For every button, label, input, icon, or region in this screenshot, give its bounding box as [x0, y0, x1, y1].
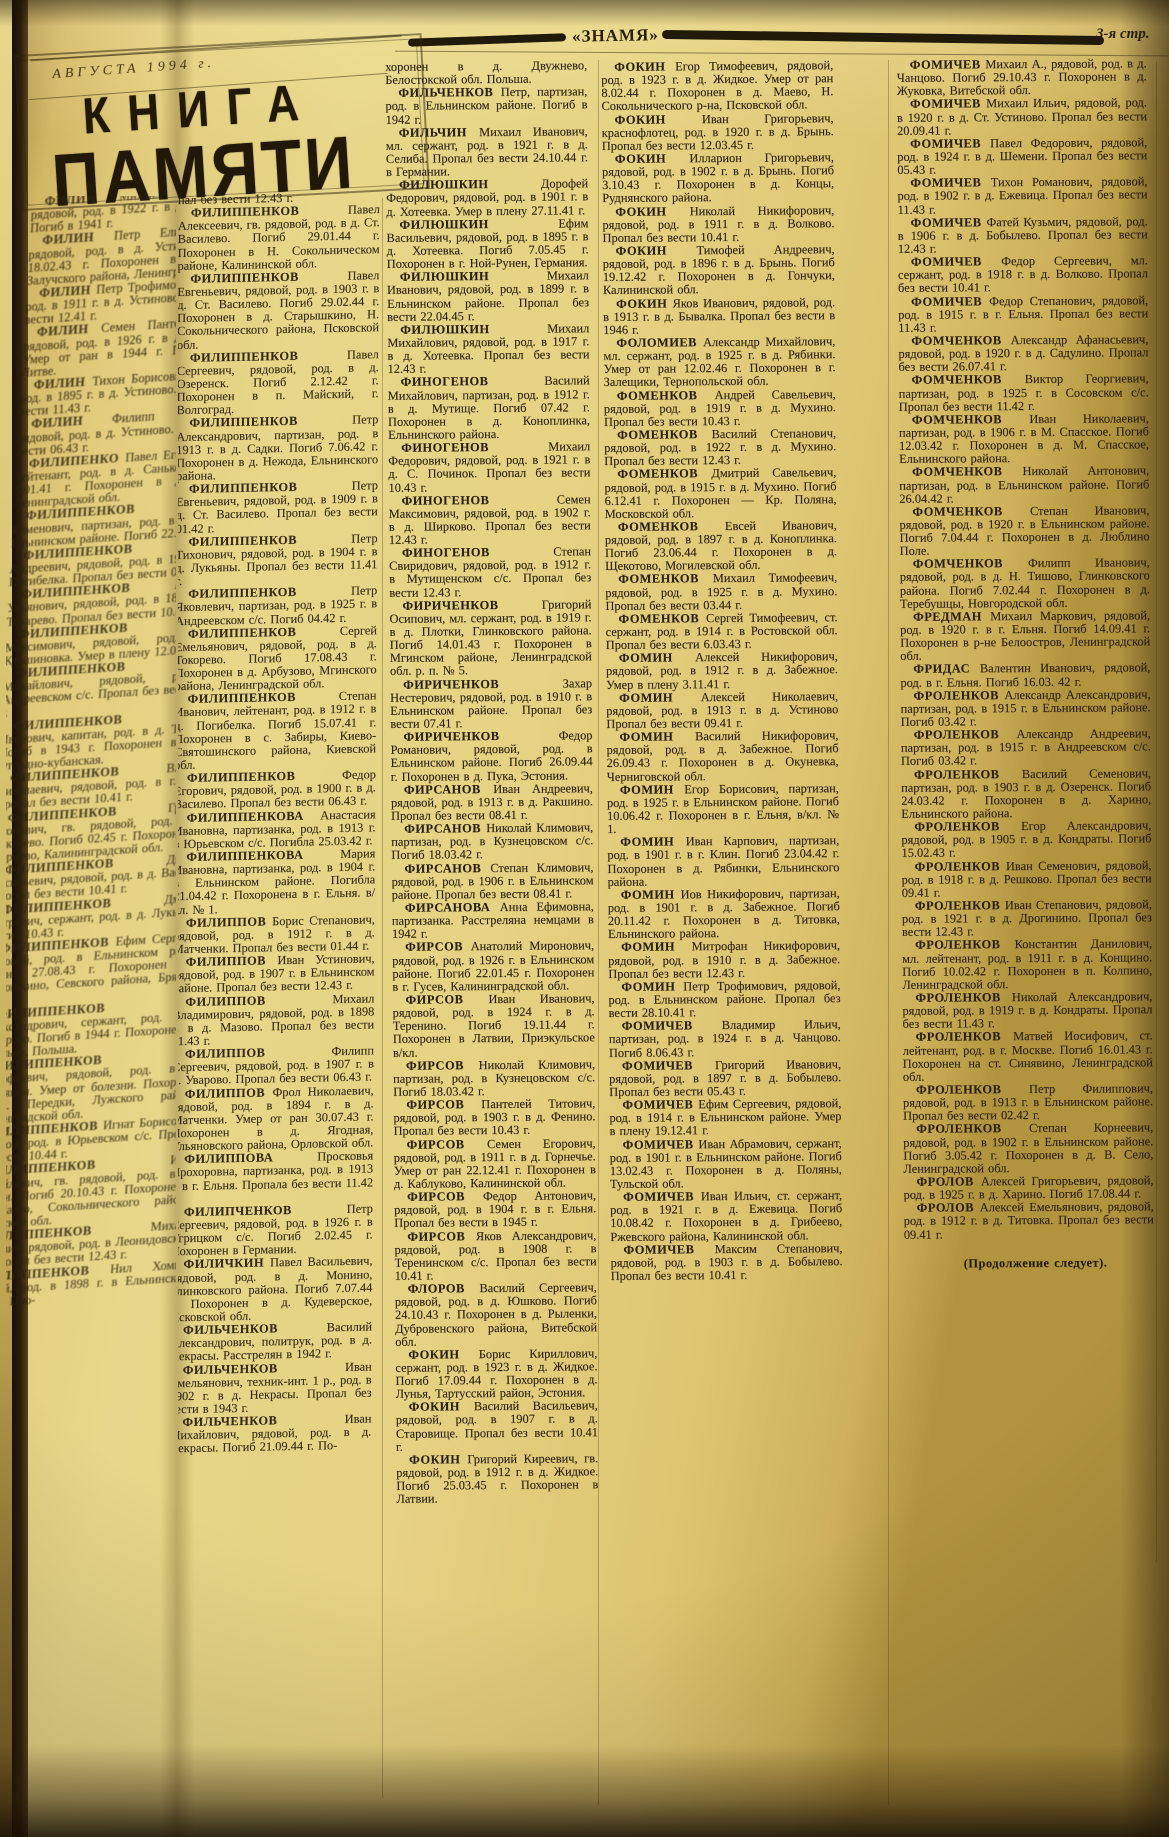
memorial-entry: ФИРИЧЕНКОВ Григорий Осипович, мл. сержан… [389, 598, 592, 678]
memorial-entry: ФОКИН Илларион Григорьевич, рядовой, род… [602, 151, 834, 205]
memorial-entry: ФИЛИППЕНКОВ Петр Александрович, партизан… [178, 414, 378, 484]
memorial-entry: ФИРСОВ Семен Егорович, рядовой, род. в 1… [394, 1137, 596, 1191]
memorial-entry: ФОМИН Егор Борисович, партизан, род. в 1… [607, 782, 839, 836]
memorial-entry: ФИЛИППОВ Михаил Владимирович, рядовой, р… [178, 992, 374, 1048]
memorial-entry: ФОМЕНКОВ Михаил Тимофеевич, рядовой, род… [605, 572, 837, 613]
memorial-entry: ФРОЛЕНКОВ Матвей Иосифович, ст. лейтенан… [903, 1030, 1153, 1084]
memorial-entry: ФОМИН Василий Никифорович, рядовой, род.… [606, 729, 838, 783]
memorial-entry: ФИЛИППОВА Просковья Прохоровна, партизан… [178, 1150, 373, 1206]
memorial-entry: ФОМЕНКОВ Евсей Иванович, рядовой, род. в… [605, 519, 837, 573]
memorial-entry: ФИРИЧЕНКОВ Федор Романович, рядовой, род… [390, 729, 592, 783]
memorial-entry: ФОЛОМИЕВ Александр Михайлович, мл. сержа… [603, 335, 835, 389]
memorial-entry: ФИЛИППЕНКОВ Нил Хомич, рядовой, род. в 1… [6, 1257, 176, 1310]
memorial-entry: ФОМИЧЕВ Фатей Кузьмич, рядовой, род. в 1… [898, 215, 1148, 256]
memorial-entry: ФРОЛЕНКОВ Петр Филиппович, рядовой, род.… [903, 1082, 1153, 1123]
memorial-entry: ФОКИН Иван Григорьевич, краснофлотец, ро… [602, 112, 834, 153]
memorial-entry: ФРОЛЕНКОВ Константин Данилович, мл. лейт… [902, 938, 1152, 992]
memorial-entry: ФОМЧЕНКОВ Иван Николаевич, партизан, род… [899, 412, 1149, 466]
memorial-entry: ФИЛЬЧЕНКОВ Василий Александрович, политр… [178, 1321, 372, 1364]
memorial-entry: ФОМИЧЕВ Павел Федорович, рядовой, род. в… [897, 136, 1147, 177]
memorial-entry: ФРОЛЕНКОВ Егор Александрович, рядовой, р… [901, 819, 1151, 860]
memorial-entry: ФРОЛЕНКОВ Николай Александрович, рядовой… [902, 990, 1152, 1031]
memorial-entry: ФРОЛЕНКОВ Иван Семенович, рядовой, род. … [902, 859, 1152, 900]
memorial-entry: ФИРСАНОВ Николай Климович, партизан, род… [391, 821, 593, 862]
memorial-entry: ФИЛИППЕНКОВА Мария Ивановна, партизанка,… [178, 847, 375, 917]
memorial-entry: ФОМИЧЕВ Федор Сергеевич, мл. сержант, ро… [898, 254, 1148, 295]
memorial-entry: ФРОЛЕНКОВ Александр Александрович, парти… [900, 688, 1150, 729]
memorial-entry: ФРИДАС Валентин Иванович, рядовой, род. … [900, 662, 1150, 690]
memorial-entry: ФОМИЧЕВ Федор Степанович, рядовой, род. … [898, 294, 1148, 335]
memorial-entry: ФИЛЬЧЕНКОВ Петр, партизан, род. в Ельнин… [385, 86, 587, 127]
memorial-column-2: пал без вести 12.43 г.ФИЛИППЕНКОВ Павел … [178, 192, 380, 1812]
memorial-entry: ФИЛЬЧЕНКОВ Иван Емельянович, техник-инт.… [178, 1360, 372, 1416]
memorial-entry: ФОКИН Григорий Киреевич, гв. рядовой, ро… [396, 1452, 598, 1506]
memorial-entry: ФИЛИППЕНКОВ Степан Иванович, лейтенант, … [178, 690, 376, 773]
memorial-entry: ФИЛИППЕНКОВ Петр Яковлевич, партизан, ро… [178, 584, 377, 627]
memorial-entry: ФИЛИППОВ Филипп Сергеевич, рядовой, род.… [178, 1044, 374, 1087]
column-divider [1156, 62, 1157, 1562]
memorial-entry: ФИРСАНОВ Иван Андреевич, рядовой, род. в… [391, 782, 593, 823]
column-divider [382, 198, 383, 1798]
memorial-entry: ФИЛИПЧЕНКОВ Петр Сергеевич, рядовой, род… [178, 1202, 373, 1258]
memorial-entry: ФИРИЧЕНКОВ Захар Нестерович, рядовой, ро… [390, 677, 592, 731]
memorial-entry: ФИРСАНОВА Анна Ефимовна, партизанка. Рас… [392, 900, 594, 941]
memorial-entry: ФОМИН Петр Трофимович, рядовой, род. в Е… [608, 979, 840, 1020]
memorial-entry: ФИРСОВ Федор Антонович, рядовой, род. в … [394, 1189, 596, 1230]
memorial-entry: ФОМИН Иов Никифорович, партизан, род. в … [608, 887, 840, 941]
memorial-entry: ФОКИН Василий Васильевич, рядовой, род. … [396, 1400, 598, 1454]
memorial-entry: ФОМИЧЕВ Иван Ильич, ст. сержант, род. в … [610, 1189, 842, 1243]
memorial-entry: ФРОЛОВ Алексей Емельянович, рядовой, род… [904, 1200, 1154, 1241]
memorial-entry: ФИЛИППОВ Иван Устинович, рядовой, род. в… [178, 952, 375, 995]
memorial-entry: ФРОЛЕНКОВ Иван Степанович, рядовой, род.… [902, 898, 1152, 939]
memorial-entry: ФИРСОВ Николай Климович, партизан, род. … [393, 1058, 595, 1099]
memorial-entry: ФОМИЧЕВ Тихон Романович, рядовой, род. в… [897, 176, 1147, 217]
newspaper-name: «ЗНАМЯ» [572, 25, 659, 47]
memorial-entry: ФИЛИППЕНКОВА Анастасия Ивановна, партиза… [178, 808, 376, 851]
memorial-entry: ФИЛЮШКИН Михаил Михайлович, рядовой, род… [387, 322, 589, 376]
memorial-entry: ФОМЧЕНКОВ Филипп Иванович, рядовой, род.… [900, 557, 1150, 611]
memorial-entry: ФИЛИППЕНКОВ Сергей Емельянович, рядовой,… [178, 624, 377, 694]
memorial-entry: ФОМИН Алексей Никифорович, рядовой, род.… [606, 650, 838, 691]
continuation-note: (Продолжение следует). [904, 1256, 1154, 1271]
memorial-entry: ФОМЧЕНКОВ Александр Афанасьевич, рядовой… [898, 333, 1148, 374]
memorial-entry: ФРОЛЕНКОВ Степан Корнеевич, рядовой, род… [903, 1122, 1153, 1176]
memorial-column-1: ФИЛИН Михаил Пантелеевич, рядовой, род. … [6, 196, 176, 1810]
memorial-column-5: ФОМИЧЕВ Михаил А., рядовой, род. в д. Ча… [897, 57, 1158, 1814]
memorial-entry: ФРОЛЕНКОВ Василий Семенович, партизан, р… [901, 767, 1151, 821]
memorial-entry: ФОМЕНКОВ Сергей Тимофеевич, ст. сержант,… [605, 611, 837, 652]
memorial-entry: ФРЕДМАН Михаил Маркович, рядовой, род. в… [900, 609, 1150, 663]
memorial-entry: ФИЛЮШКИН Ефим Васильевич, рядовой, род. … [386, 217, 588, 271]
memorial-column-1-text: ФИЛИН Михаил Пантелеевич, рядовой, род. … [6, 196, 176, 1311]
memorial-entry: ФИНОГЕНОВ Василий Михайлович, партизан, … [388, 375, 591, 442]
memorial-entry: ФИРСОВ Анатолий Миронович, рядовой, род.… [392, 940, 594, 994]
memorial-entry: ФИЛЮШКИН Михаил Иванович, рядовой, род. … [387, 269, 589, 323]
memorial-entry: ФИРСОВ Яков Александрович, рядовой, род.… [394, 1229, 596, 1283]
memorial-entry: ФОМЧЕНКОВ Степан Иванович, рядовой, род.… [899, 504, 1149, 558]
memorial-entry: ФОМИЧЕВ Иван Абрамович, сержант, род. в … [610, 1137, 842, 1191]
memorial-entry: ФРОЛЕНКОВ Александр Андреевич, партизан,… [901, 727, 1151, 768]
memorial-entry: ФИЛЬЧИН Михаил Иванович, мл. сержант, ро… [386, 125, 588, 179]
memorial-entry: ФИЛЬЧЕНКОВ Иван Михайлович, рядовой, род… [178, 1413, 371, 1456]
memorial-entry: ФОМЕНКОВ Дмитрий Савельевич, рядовой, ро… [604, 466, 836, 520]
memorial-entry: ФИНОГЕНОВ Степан Свиридович, рядовой, ро… [389, 545, 591, 599]
memorial-entry: ФОМЕНКОВ Андрей Савельевич, рядовой, род… [604, 388, 836, 429]
memorial-entry: ФИЛИППОВ Фрол Николаевич, рядовой, род. … [178, 1084, 374, 1154]
memorial-entry: ФОМЧЕНКОВ Виктор Георгиевич, партизан, р… [899, 373, 1149, 414]
memorial-entry: ФОМИН Иван Карпович, партизан, род. в 19… [607, 834, 839, 888]
memorial-entry: ФОКИН Яков Иванович, рядовой, род. в 191… [603, 296, 835, 337]
memorial-column-4: ФОКИН Егор Тимофеевич, рядовой, род. в 1… [601, 59, 847, 1811]
memorial-entry: ФОКИН Борис Кириллович, сержант, род. в … [395, 1347, 597, 1401]
memorial-entry: ФОМИЧЕВ Ефим Сергеевич, рядовой, род. в … [609, 1097, 841, 1138]
memorial-entry: ФОМИН Митрофан Никифорович, рядовой, род… [608, 940, 840, 981]
newspaper-page-photo: «ЗНАМЯ» 3-я стр. АВГУСТА 1994 г. КНИГА П… [0, 0, 1169, 1837]
memorial-entry: ФОМИЧЕВ Григорий Иванович, рядовой, род.… [609, 1058, 841, 1099]
memorial-entry: ФИЛИЧКИН Павел Васильевич, рядовой, род.… [178, 1255, 373, 1325]
memorial-entry: ФИЛИППЕНКОВ Петр Тихонович, рядовой, род… [178, 532, 378, 588]
memorial-entry: ФИРСОВ Пантелей Титович, рядовой, род. в… [393, 1097, 595, 1138]
memorial-entry: ФОМИН Алексей Николаевич, рядовой, род. … [606, 690, 838, 731]
column-divider [888, 60, 889, 1805]
memorial-entry: ФОМИЧЕВ Михаил А., рядовой, род. в д. Ча… [897, 57, 1147, 98]
memorial-entry: ФИРСАНОВ Степан Климович, рядовой, род. … [391, 861, 593, 902]
memorial-entry: ФИЛИППЕНКОВ Павел Евгеньевич, рядовой, р… [178, 269, 379, 352]
memorial-entry: ФОМИЧЕВ Владимир Ильич, партизан, род. в… [609, 1018, 841, 1059]
memorial-entry: ФИРСОВ Иван Иванович, рядовой, род. в 19… [392, 992, 595, 1059]
memorial-entry: ФИЛИППЕНКОВ Павел Сергеевич, рядовой, ро… [178, 348, 379, 418]
entry-continuation: хоронен в д. Двужнево, Белостокской обл.… [385, 59, 587, 87]
memorial-entry: ФОКИН Егор Тимофеевич, рядовой, род. в 1… [601, 59, 833, 113]
memorial-entry: ФИЛИППЕНКОВ Федор Егорович, рядовой, род… [178, 768, 376, 811]
memorial-entry: ФИЛИППЕНКОВ Павел Алексеевич, гв. рядово… [178, 203, 380, 273]
memorial-entry: ФОМИЧЕВ Михаил Ильич, рядовой, род. в 19… [897, 97, 1147, 138]
memorial-entry: ФОМЧЕНКОВ Николай Антонович, партизан, р… [899, 465, 1149, 506]
memorial-column-3: хоронен в д. Двужнево, Белостокской обл.… [385, 59, 601, 1811]
memorial-entry: ФОМИЧЕВ Максим Степанович, рядовой, род.… [610, 1242, 842, 1283]
memorial-entry: ФЛОРОВ Василий Сергеевич, рядовой, род. … [395, 1281, 598, 1348]
memorial-entry: ФИЛИППЕНКОВ Петр Евгеньевич, рядовой, ро… [178, 479, 378, 535]
page-number: 3-я стр. [1096, 26, 1150, 43]
memorial-entry: ФОКИН Николай Никифорович, рядовой, род.… [602, 204, 834, 245]
memorial-entry: ФИНОГЕНОВ Михаил Федорович, рядовой, род… [388, 440, 590, 494]
memorial-entry: ФИЛЮШКИН Дорофей Федорович, рядовой, род… [386, 177, 588, 218]
memorial-entry: ФРОЛОВ Алексей Григорьевич, рядовой, род… [903, 1174, 1153, 1202]
memorial-entry: ФОМЕНКОВ Василий Степанович, рядовой, ро… [604, 427, 836, 468]
memorial-entry: ФИЛИППОВ Борис Степанович, рядовой, род.… [178, 913, 375, 956]
memorial-entry: ФИНОГЕНОВ Семен Максимович, рядовой, род… [389, 493, 591, 547]
memorial-entry: ФОКИН Тимофей Андреевич, рядовой, род. в… [603, 243, 835, 297]
memorial-column-2-text: пал без вести 12.43 г.ФИЛИППЕНКОВ Павел … [178, 192, 380, 1456]
